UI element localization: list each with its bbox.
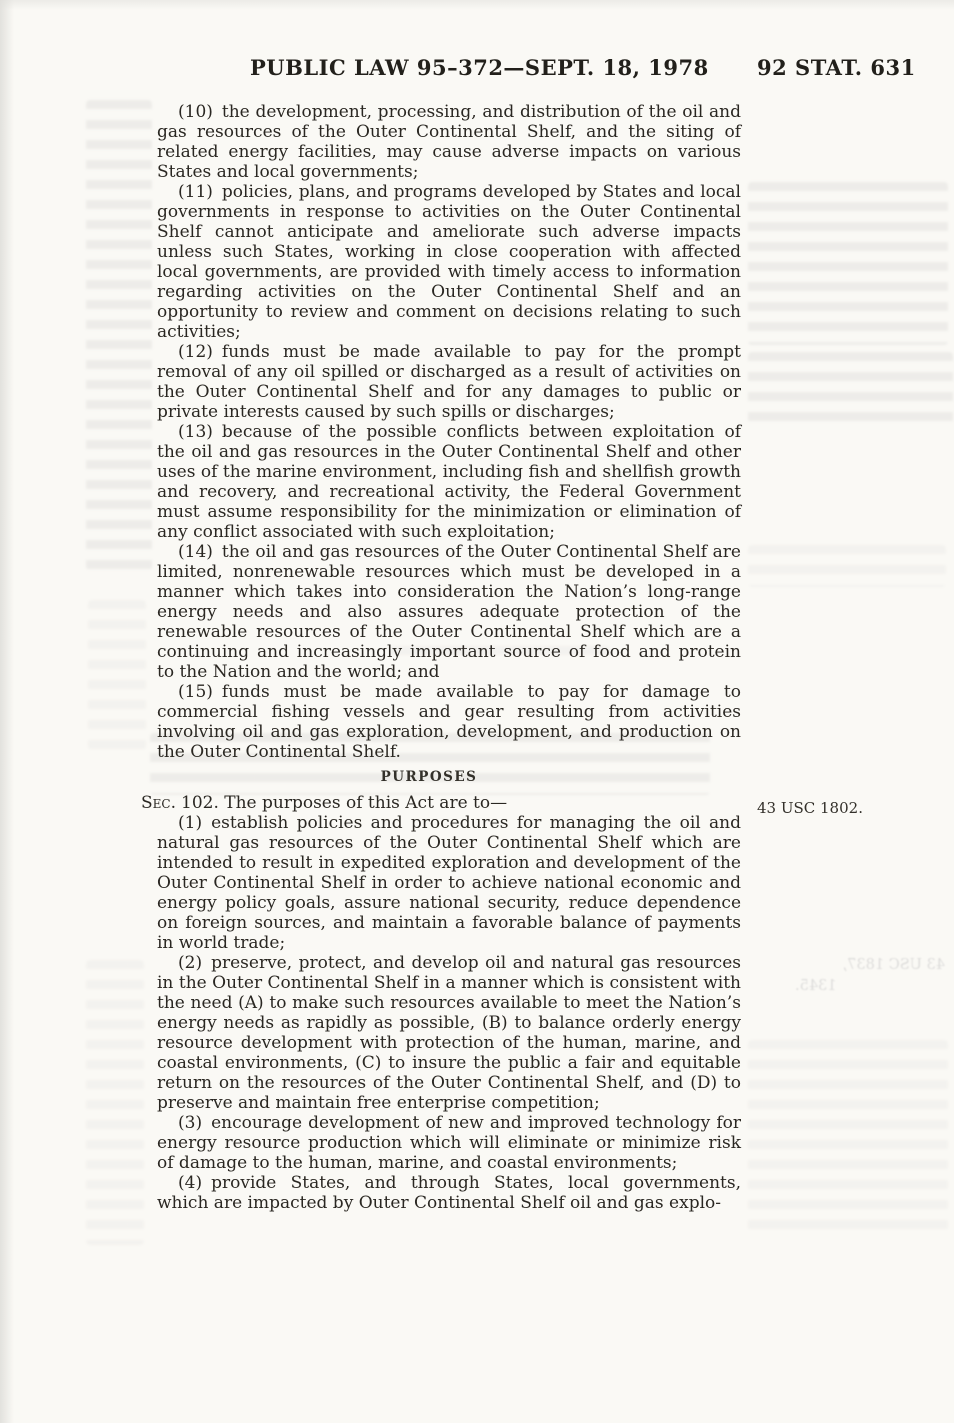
bleedthrough-left-strip-2: [88, 600, 146, 750]
scan-edge-shading-top: [0, 0, 954, 10]
purposes-heading: PURPOSES: [137, 767, 721, 787]
clause-text: the oil and gas resources of the Outer C…: [157, 542, 741, 682]
bleedthrough-right-patch-4: [748, 1040, 948, 1235]
purpose-clause-2: (2)preserve, protect, and develop oil an…: [157, 953, 741, 1113]
clause-text: preserve, protect, and develop oil and n…: [157, 953, 741, 1113]
finding-clause-10: (10)the development, processing, and dis…: [157, 102, 741, 182]
clause-number: (10): [178, 102, 213, 122]
clause-number: (2): [178, 953, 202, 973]
margin-note-usc-citation: 43 USC 1802.: [757, 799, 863, 817]
clause-number: (13): [178, 422, 213, 442]
clause-number: (15): [178, 682, 213, 702]
finding-clause-13: (13)because of the possible conflicts be…: [157, 422, 741, 542]
section-label: Sec.: [141, 793, 176, 813]
clause-text: funds must be made available to pay for …: [157, 342, 741, 422]
section-102-intro: Sec.102. The purposes of this Act are to…: [141, 793, 741, 813]
purpose-clause-4: (4)provide States, and through States, l…: [157, 1173, 741, 1213]
statute-page: 43 USC 1837, 1345. PUBLIC LAW 95–372—SEP…: [0, 0, 954, 1423]
finding-clause-12: (12)funds must be made available to pay …: [157, 342, 741, 422]
section-intro-text: 102. The purposes of this Act are to—: [181, 793, 507, 813]
finding-clause-14: (14)the oil and gas resources of the Out…: [157, 542, 741, 682]
bleedthrough-margin-note-line1: 43 USC 1837,: [795, 955, 945, 976]
clause-text: funds must be made available to pay for …: [157, 682, 741, 762]
running-head-law-title: PUBLIC LAW 95–372—SEPT. 18, 1978: [250, 55, 620, 80]
clause-number: (12): [178, 342, 213, 362]
purpose-clause-3: (3)encourage development of new and impr…: [157, 1113, 741, 1173]
bleedthrough-right-patch-2: [748, 352, 953, 424]
clause-number: (3): [178, 1113, 202, 1133]
clause-number: (4): [178, 1173, 202, 1193]
bleedthrough-margin-note-line2: 1345.: [795, 976, 945, 997]
bleedthrough-left-strip-3: [86, 960, 144, 1245]
bleedthrough-margin-note: 43 USC 1837, 1345.: [795, 955, 945, 997]
clause-number: (11): [178, 182, 213, 202]
clause-text: the development, processing, and distrib…: [157, 102, 741, 182]
clause-number: (14): [178, 542, 213, 562]
clause-text: establish policies and procedures for ma…: [157, 813, 741, 953]
clause-text: policies, plans, and programs developed …: [157, 182, 741, 342]
finding-clause-15: (15)funds must be made available to pay …: [157, 682, 741, 762]
purpose-clause-1: (1)establish policies and procedures for…: [157, 813, 741, 953]
bleedthrough-right-patch-1: [748, 182, 948, 345]
bleedthrough-right-patch-3: [748, 545, 946, 587]
clause-text: provide States, and through States, loca…: [157, 1173, 741, 1213]
clause-text: encourage development of new and improve…: [157, 1113, 741, 1173]
clause-number: (1): [178, 813, 202, 833]
clause-text: because of the possible conflicts betwee…: [157, 422, 741, 542]
scan-edge-shading: [0, 0, 14, 1423]
running-head-stat-number: 92 STAT. 631: [757, 55, 916, 80]
finding-clause-11: (11)policies, plans, and programs develo…: [157, 182, 741, 342]
body-text-column: (10)the development, processing, and dis…: [141, 102, 741, 1213]
